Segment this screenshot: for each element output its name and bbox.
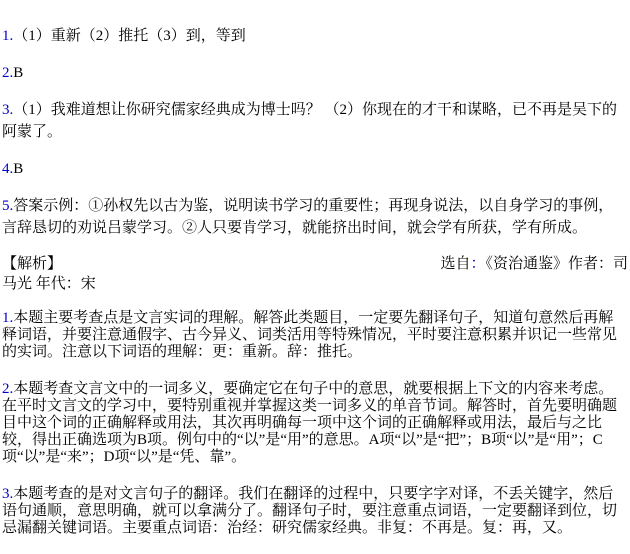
source-colon: ： [470,256,485,272]
answer-item-4: 4.B [2,158,628,180]
source-prefix: 选自 [440,256,470,272]
analysis-label: 【解析】 [2,254,62,274]
source-info-continued: 马光 年代：宋 [2,274,628,294]
answer-number: 2. [2,65,13,81]
answer-number: 5. [2,198,13,214]
analysis-header-row: 【解析】 选自：《资治通鉴》作者：司 [2,254,628,274]
answer-text: （1）我难道想让你研究儒家经典成为博士吗？ （2）你现在的才干和谋略，已不再是吴… [2,102,617,140]
answer-number: 3. [2,102,13,118]
answer-text: B [13,161,23,177]
answer-item-1: 1.（1）重新（2）推托（3）到，等到 [2,25,628,47]
explanation-number: 3. [2,486,13,502]
explanation-number: 2. [2,381,13,397]
explanation-paragraph-2: 2.本题考查文言文中的一词多义，要确定它在句子中的意思，就要根据上下文的内容来考… [2,381,628,466]
answer-item-2: 2.B [2,62,628,84]
answer-number: 4. [2,161,13,177]
source-info: 选自：《资治通鉴》作者：司 [440,254,628,274]
answer-text: 答案示例：①孙权先以古为鉴，说明读书学习的重要性；再现身说法，以自身学习的事例，… [2,198,613,236]
answer-number: 1. [2,28,13,44]
explanation-text: 本题考查文言文中的一词多义，要确定它在句子中的意思，就要根据上下文的内容来考虑。… [2,381,617,465]
answer-text: B [13,65,23,81]
answer-item-5: 5.答案示例：①孙权先以古为鉴，说明读书学习的重要性；再现身说法，以自身学习的事… [2,195,628,239]
answer-text: （1）重新（2）推托（3）到，等到 [13,28,246,44]
answer-sheet-document: 1.（1）重新（2）推托（3）到，等到 2.B 3.（1）我难道想让你研究儒家经… [0,0,630,554]
explanation-number: 1. [2,310,13,326]
explanation-paragraph-3: 3.本题考查的是对文言句子的翻译。我们在翻译的过程中，只要字字对译，不丢关键字，… [2,486,628,537]
answer-item-3: 3.（1）我难道想让你研究儒家经典成为博士吗？ （2）你现在的才干和谋略，已不再… [2,99,628,143]
explanation-text: 本题主要考查点是文言实词的理解。解答此类题目，一定要先翻译句子，知道句意然后再解… [2,310,617,360]
explanation-paragraph-1: 1.本题主要考查点是文言实词的理解。解答此类题目，一定要先翻译句子，知道句意然后… [2,310,628,361]
source-title-author: 《资治通鉴》作者：司 [485,256,628,272]
explanation-text: 本题考查的是对文言句子的翻译。我们在翻译的过程中，只要字字对译，不丢关键字，然后… [2,486,617,536]
analysis-section: 【解析】 选自：《资治通鉴》作者：司 马光 年代：宋 [2,254,628,294]
